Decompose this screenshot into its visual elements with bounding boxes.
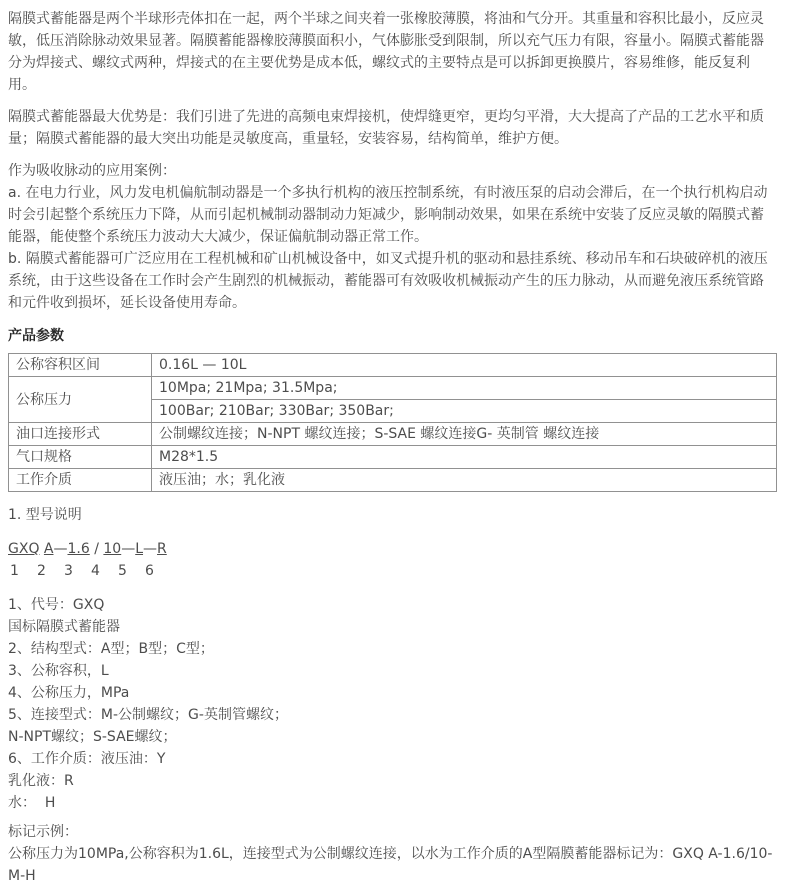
model-code-line: GXQ A—1.6 / 10—L—R xyxy=(8,538,777,560)
param-label-volume: 公称容积区间 xyxy=(9,354,152,377)
param-value-medium: 液压油；水；乳化液 xyxy=(152,469,777,492)
marking-example-text: 公称压力为10MPa,公称容积为1.6L，连接型式为公制螺纹连接，以水为工作介质… xyxy=(8,843,777,887)
application-cases-title: 作为吸收脉动的应用案例： xyxy=(8,160,777,182)
model-code-segment-6: R xyxy=(157,541,167,557)
model-number-section: 1. 型号说明 GXQ A—1.6 / 10—L—R 123456 1、代号：G… xyxy=(8,504,777,887)
application-case-b: b. 隔膜式蓄能器可广泛应用在工程机械和矿山机械设备中，如叉式提升机的驱动和悬挂… xyxy=(8,248,777,314)
application-cases-block: 作为吸收脉动的应用案例： a. 在电力行业，风力发电机偏航制动器是一个多执行机构… xyxy=(8,160,777,314)
model-note-line: 乳化液：R xyxy=(8,770,777,792)
application-case-a: a. 在电力行业，风力发电机偏航制动器是一个多执行机构的液压控制系统，有时液压泵… xyxy=(8,182,777,248)
param-value-pressure-mpa: 10Mpa; 21Mpa; 31.5Mpa; xyxy=(152,377,777,400)
model-note-line: 4、公称压力，MPa xyxy=(8,682,777,704)
param-value-gas-port: M28*1.5 xyxy=(152,446,777,469)
model-section-title: 1. 型号说明 xyxy=(8,504,777,526)
model-notes-block: 1、代号：GXQ 国标隔膜式蓄能器 2、结构型式：A型；B型；C型； 3、公称容… xyxy=(8,594,777,814)
model-index-1: 1 xyxy=(10,560,37,582)
product-description-page: 隔膜式蓄能器是两个半球形壳体扣在一起，两个半球之间夹着一张橡胶薄膜，将油和气分开… xyxy=(0,0,785,889)
model-index-3: 3 xyxy=(64,560,91,582)
model-note-line: 水： H xyxy=(8,792,777,814)
param-label-gas-port: 气口规格 xyxy=(9,446,152,469)
model-code-separator: / xyxy=(90,541,104,557)
table-row: 油口连接形式 公制螺纹连接；N-NPT 螺纹连接；S-SAE 螺纹连接G- 英制… xyxy=(9,423,777,446)
intro-paragraph-1: 隔膜式蓄能器是两个半球形壳体扣在一起，两个半球之间夹着一张橡胶薄膜，将油和气分开… xyxy=(8,8,777,96)
param-value-oil-port: 公制螺纹连接；N-NPT 螺纹连接；S-SAE 螺纹连接G- 英制管 螺纹连接 xyxy=(152,423,777,446)
intro-paragraph-2: 隔膜式蓄能器最大优势是：我们引进了先进的高频电束焊接机，使焊缝更窄，更均匀平滑，… xyxy=(8,106,777,150)
model-note-line: N-NPT螺纹；S-SAE螺纹； xyxy=(8,726,777,748)
model-code-separator: — xyxy=(54,541,68,557)
model-code-segment-3: 1.6 xyxy=(68,541,90,557)
product-params-table: 公称容积区间 0.16L — 10L 公称压力 10Mpa; 21Mpa; 31… xyxy=(8,353,777,492)
model-index-line: 123456 xyxy=(8,560,777,582)
model-code-segment-2: A xyxy=(44,541,54,557)
param-label-medium: 工作介质 xyxy=(9,469,152,492)
model-note-line: 2、结构型式：A型；B型；C型； xyxy=(8,638,777,660)
product-params-heading: 产品参数 xyxy=(8,326,777,346)
model-code-separator: — xyxy=(121,541,135,557)
model-index-5: 5 xyxy=(118,560,145,582)
model-note-line: 国标隔膜式蓄能器 xyxy=(8,616,777,638)
model-note-line: 6、工作介质：液压油：Y xyxy=(8,748,777,770)
model-index-2: 2 xyxy=(37,560,64,582)
param-value-volume: 0.16L — 10L xyxy=(152,354,777,377)
table-row: 工作介质 液压油；水；乳化液 xyxy=(9,469,777,492)
table-row: 气口规格 M28*1.5 xyxy=(9,446,777,469)
model-code-segment-4: 10 xyxy=(103,541,121,557)
model-code-segment-5: L xyxy=(135,541,143,557)
param-label-pressure: 公称压力 xyxy=(9,377,152,423)
param-label-oil-port: 油口连接形式 xyxy=(9,423,152,446)
model-code-segment-1: GXQ xyxy=(8,541,39,557)
table-row: 公称压力 10Mpa; 21Mpa; 31.5Mpa; xyxy=(9,377,777,400)
model-note-line: 5、连接型式：M-公制螺纹；G-英制管螺纹； xyxy=(8,704,777,726)
model-index-4: 4 xyxy=(91,560,118,582)
model-note-line: 3、公称容积，L xyxy=(8,660,777,682)
model-code-separator: — xyxy=(143,541,157,557)
marking-example-title: 标记示例： xyxy=(8,821,777,843)
model-note-line: 1、代号：GXQ xyxy=(8,594,777,616)
param-value-pressure-bar: 100Bar; 210Bar; 330Bar; 350Bar; xyxy=(152,400,777,423)
table-row: 公称容积区间 0.16L — 10L xyxy=(9,354,777,377)
model-index-6: 6 xyxy=(145,560,172,582)
